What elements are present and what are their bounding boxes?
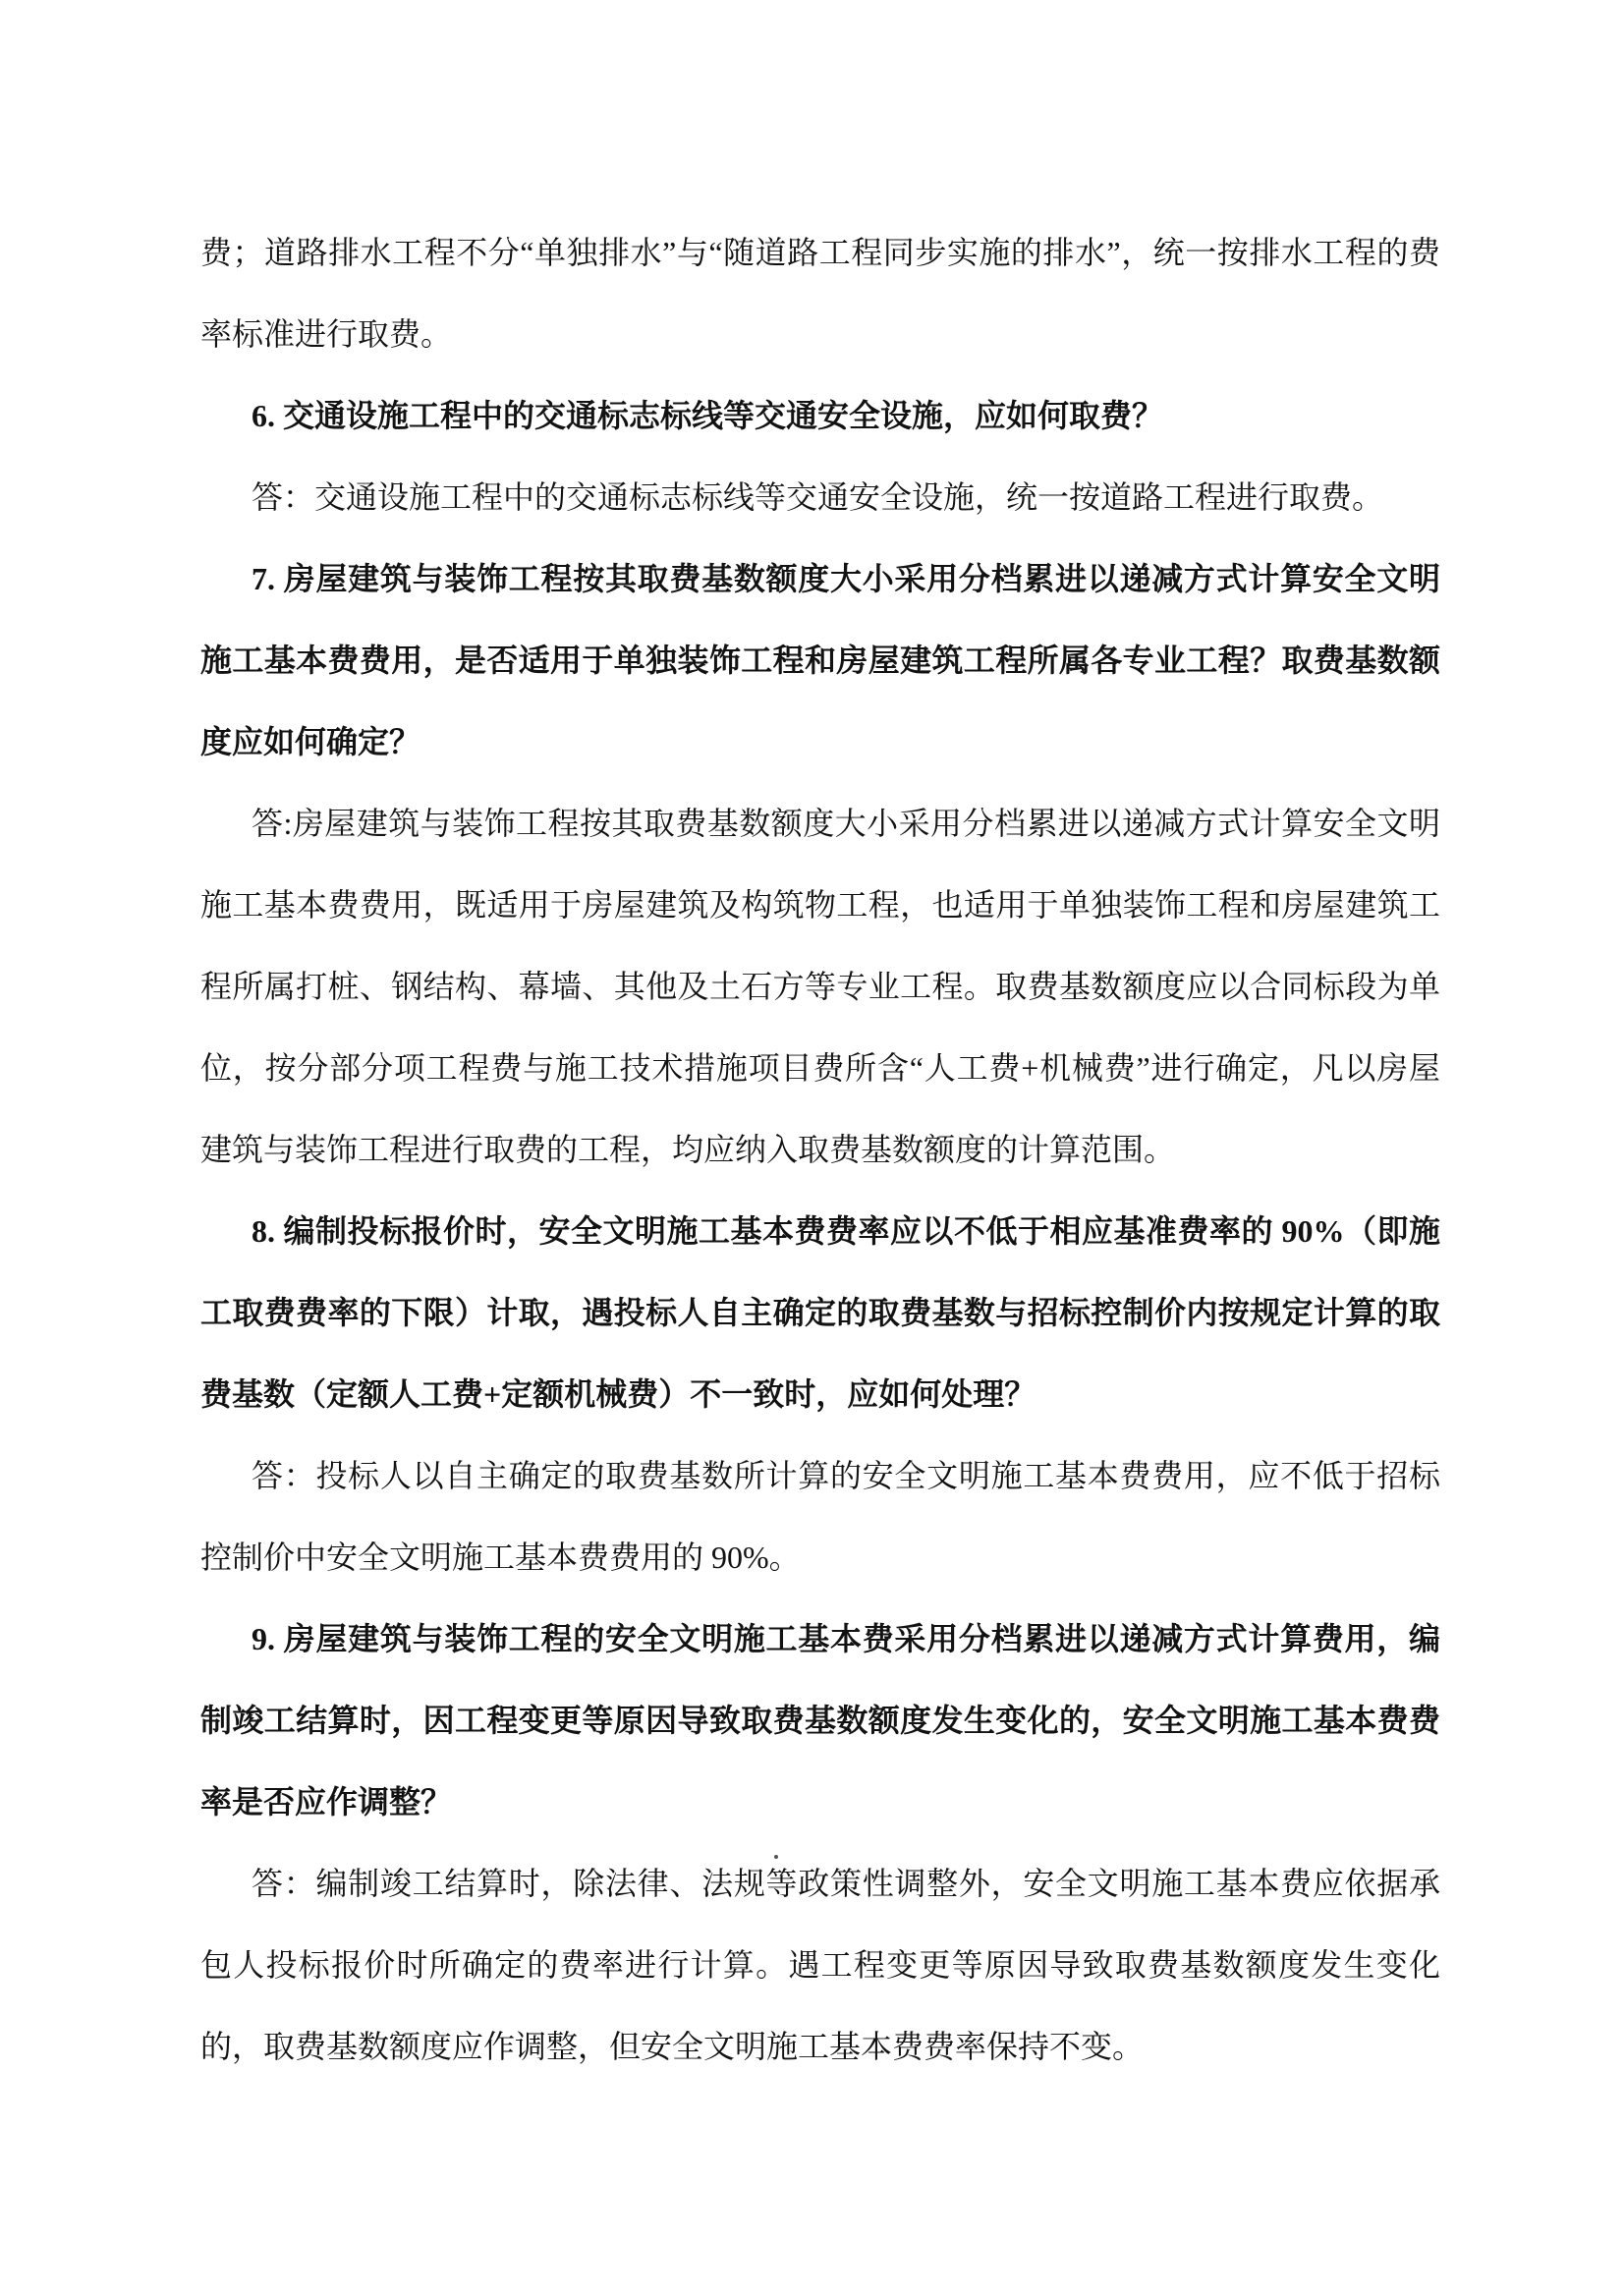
question-8: 8. 编制投标报价时，安全文明施工基本费费率应以不低于相应基准费率的 90%（即… — [200, 1191, 1440, 1435]
scan-artifact-dot — [774, 1855, 778, 1859]
answer-8: 答：投标人以自主确定的取费基数所计算的安全文明施工基本费费用，应不低于招标控制价… — [200, 1435, 1440, 1598]
page-text-content: 费；道路排水工程不分“单独排水”与“随道路工程同步实施的排水”，统一按排水工程的… — [200, 212, 1440, 2088]
document-page: 费；道路排水工程不分“单独排水”与“随道路工程同步实施的排水”，统一按排水工程的… — [0, 0, 1624, 2296]
answer-7: 答:房屋建筑与装饰工程按其取费基数额度大小采用分档累进以递减方式计算安全文明施工… — [200, 783, 1440, 1191]
answer-6: 答：交通设施工程中的交通标志标线等交通安全设施，统一按道路工程进行取费。 — [200, 457, 1440, 538]
question-7: 7. 房屋建筑与装饰工程按其取费基数额度大小采用分档累进以递减方式计算安全文明施… — [200, 538, 1440, 783]
paragraph-continuation: 费；道路排水工程不分“单独排水”与“随道路工程同步实施的排水”，统一按排水工程的… — [200, 212, 1440, 375]
answer-9: 答：编制竣工结算时，除法律、法规等政策性调整外，安全文明施工基本费应依据承包人投… — [200, 1843, 1440, 2088]
question-6: 6. 交通设施工程中的交通标志标线等交通安全设施，应如何取费？ — [200, 375, 1440, 457]
question-9: 9. 房屋建筑与装饰工程的安全文明施工基本费采用分档累进以递减方式计算费用，编制… — [200, 1598, 1440, 1843]
